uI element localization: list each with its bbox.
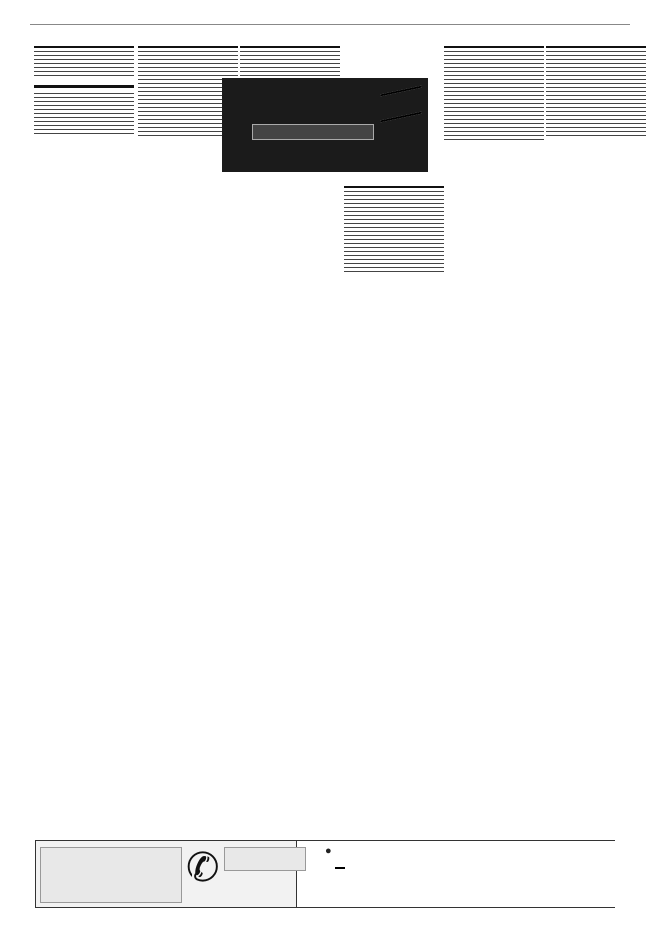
column-5 [444, 46, 544, 140]
telephone-icon: ✆ [186, 845, 220, 891]
classified-ad [34, 130, 134, 134]
ad-badge-open [380, 86, 421, 97]
slogan-block [485, 840, 615, 908]
ad-badge-service [380, 112, 421, 123]
classified-ad [444, 136, 544, 140]
page-header [30, 6, 630, 25]
column-4 [344, 186, 444, 272]
visa-logo [335, 867, 345, 869]
newspaper-masthead [627, 6, 630, 23]
classified-ad [546, 132, 646, 136]
classified-ad [344, 268, 444, 272]
payment-logos: ● [295, 840, 495, 908]
diamantes-display-ad [222, 78, 428, 172]
section-heading-contactos [34, 84, 134, 88]
clasificados-logo [40, 847, 182, 903]
column-6 [546, 46, 646, 136]
clasificados-banner: ✆ [35, 840, 297, 908]
cam-logo: ● [325, 845, 332, 857]
classified-ad [34, 72, 134, 76]
column-1 [34, 46, 134, 134]
ad-subtitle [252, 124, 374, 140]
newspaper-logo [224, 847, 306, 871]
